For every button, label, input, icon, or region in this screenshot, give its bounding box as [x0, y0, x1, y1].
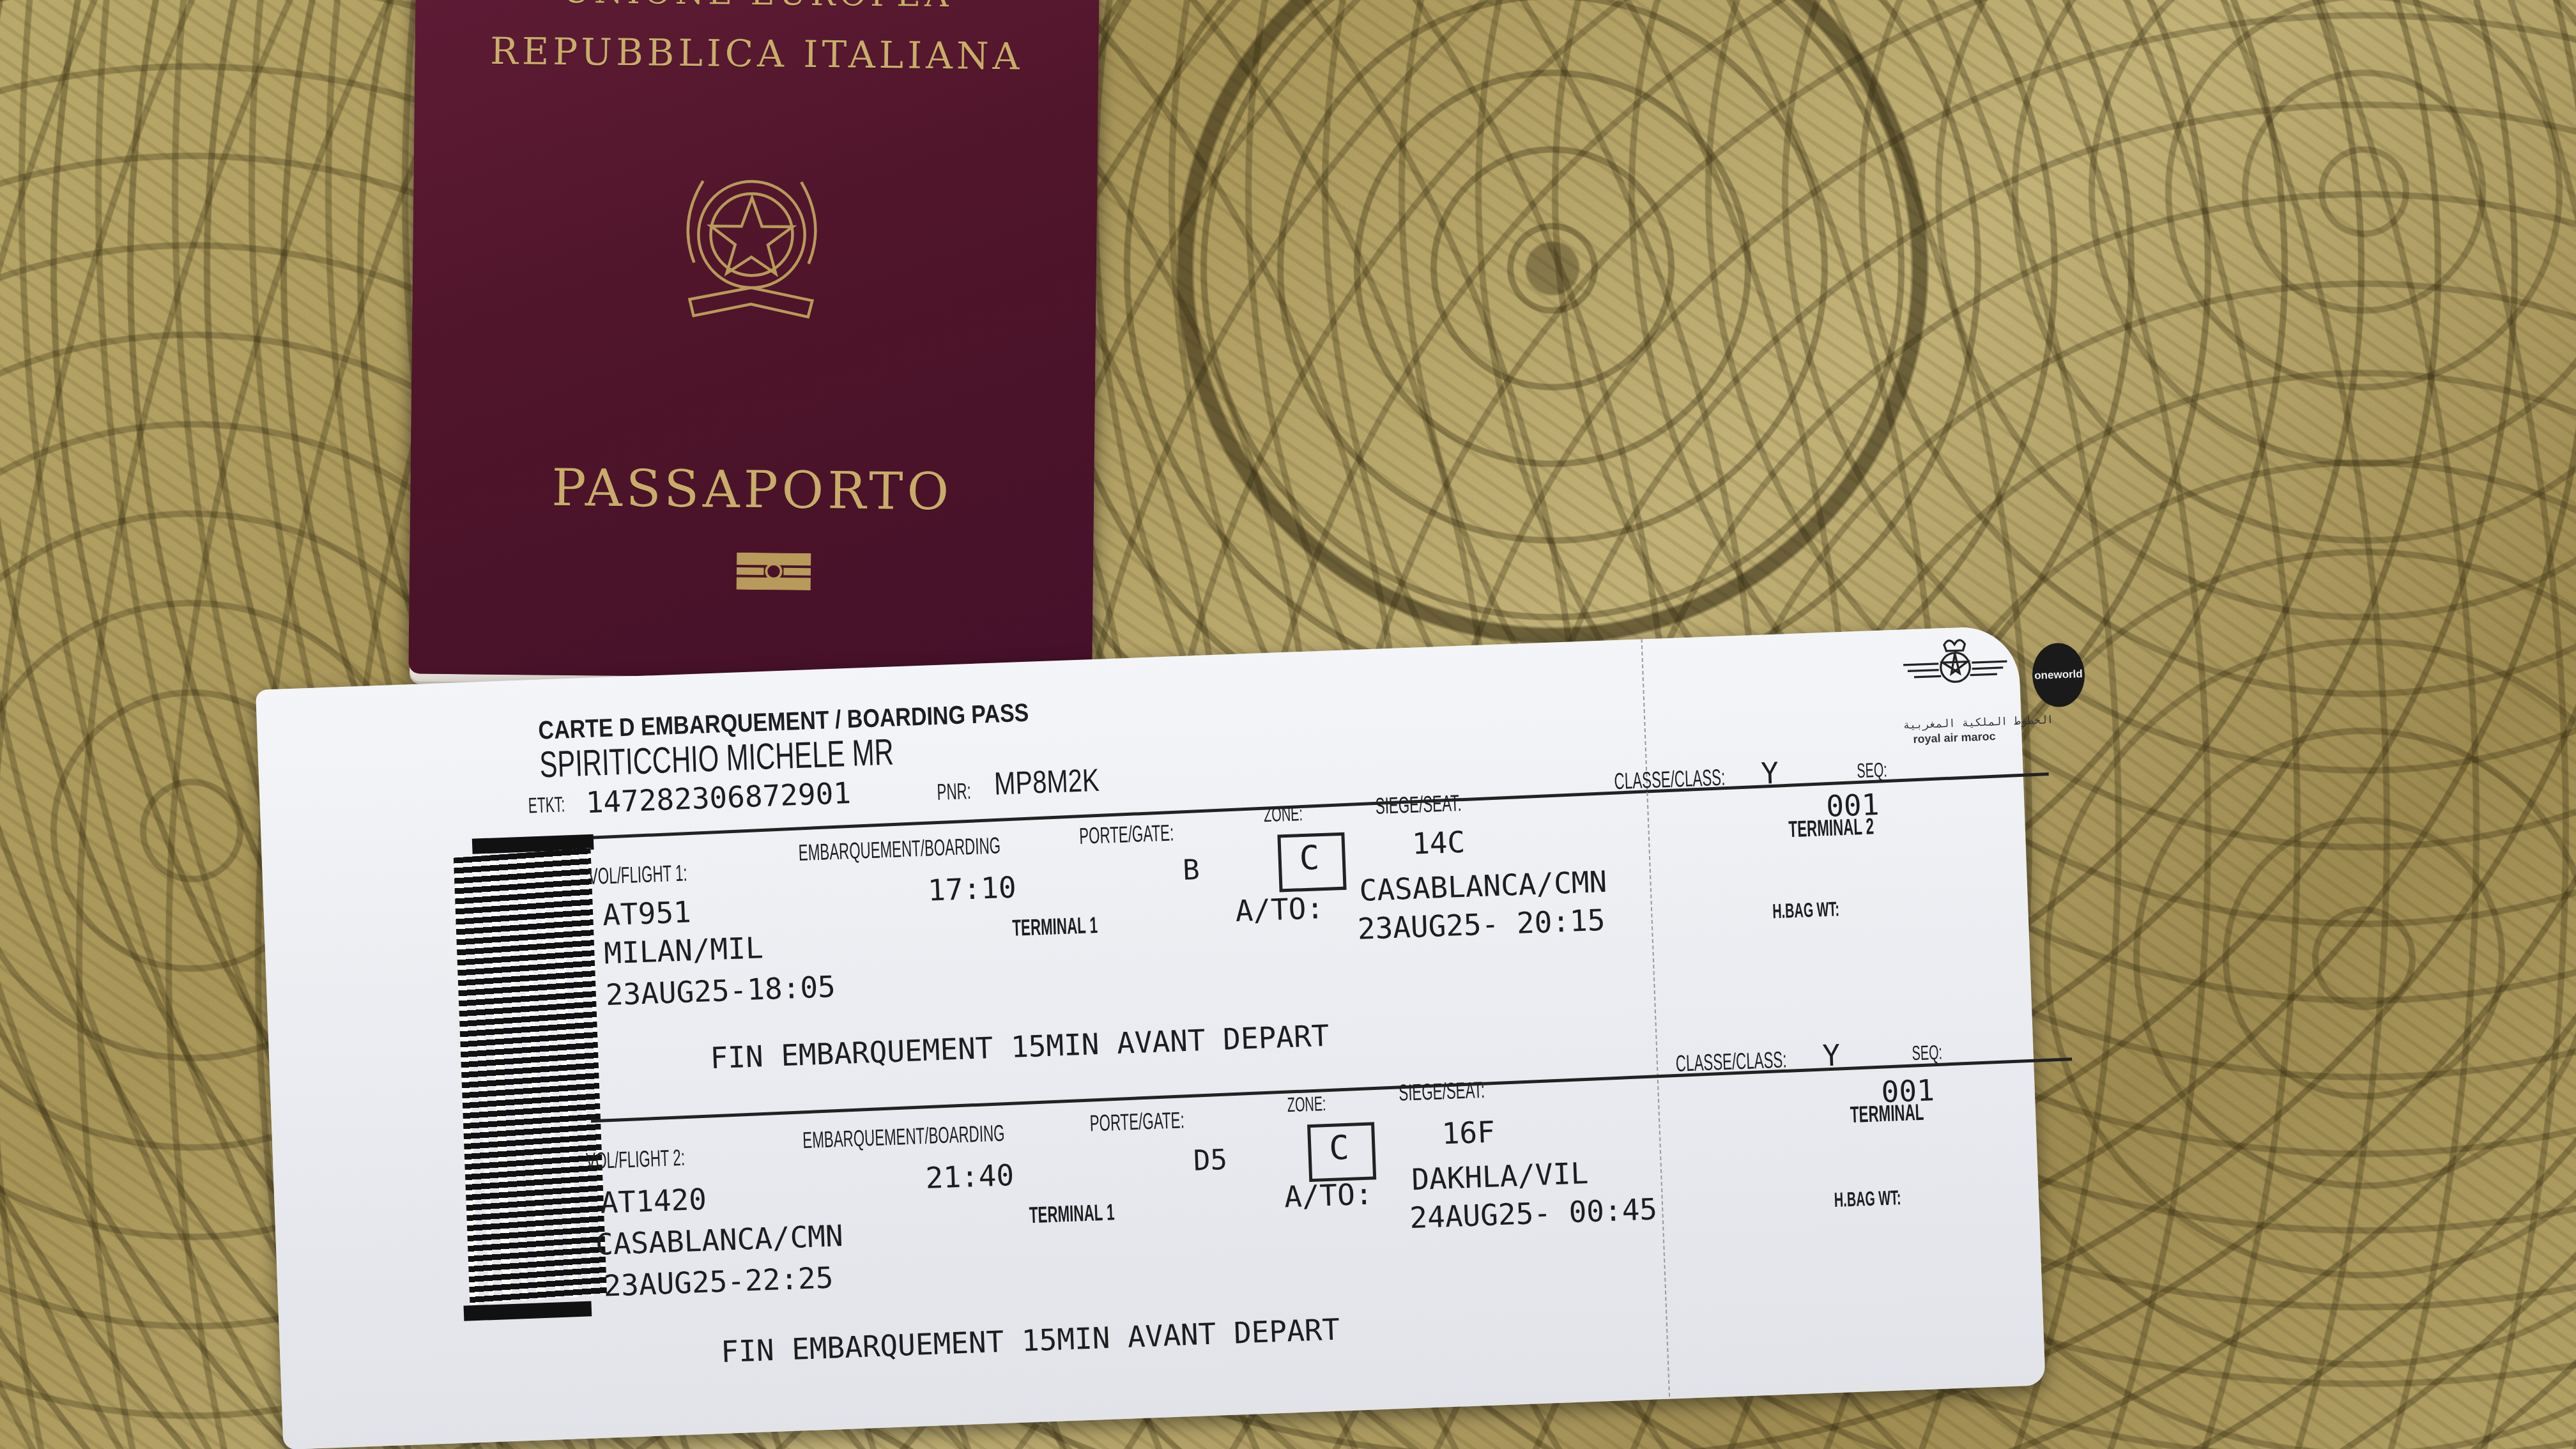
zone-box: C: [1277, 832, 1346, 893]
seat-label: SIEGE/SEAT:: [1375, 790, 1462, 820]
zone-label: ZONE:: [1287, 1092, 1326, 1117]
origin: MILAN/MIL: [603, 930, 763, 970]
zone-value: C: [1299, 839, 1320, 878]
departure-time: 23AUG25-18:05: [605, 969, 836, 1012]
royal-air-maroc-logo-icon: [1890, 632, 2021, 719]
pnr-label: PNR:: [937, 778, 972, 806]
seat-value: 16F: [1441, 1114, 1496, 1151]
zone-label: ZONE:: [1264, 802, 1303, 827]
flight-label: VOL/FLIGHT 2:: [586, 1144, 686, 1175]
seq-label: SEQ:: [1857, 758, 1888, 783]
flight-number: AT951: [602, 894, 691, 932]
destination: DAKHLA/VIL: [1411, 1156, 1589, 1197]
destination: CASABLANCA/CMN: [1359, 864, 1607, 908]
boarding-time: 17:10: [927, 870, 1016, 908]
arrival-time: 24AUG25- 00:45: [1409, 1192, 1658, 1235]
zone-box: C: [1307, 1122, 1376, 1182]
seat-value: 14C: [1411, 825, 1466, 861]
class-value: Y: [1760, 756, 1779, 791]
passport-country-text: REPUBBLICA ITALIANA: [415, 28, 1099, 79]
italian-passport: UNIONE EUROPEA REPUBBLICA ITALIANA PASSA…: [408, 0, 1099, 681]
italian-emblem-icon: [648, 139, 855, 346]
boarding-pass: CARTE D EMBARQUEMENT / BOARDING PASS SPI…: [256, 625, 2046, 1449]
pdf417-barcode: [454, 848, 607, 1305]
to-label: A/TO:: [1235, 891, 1324, 928]
flight-label: VOL/FLIGHT 1:: [588, 859, 687, 890]
to-label: A/TO:: [1284, 1176, 1373, 1214]
gate-label: PORTE/GATE:: [1089, 1107, 1184, 1137]
class-label: CLASSE/CLASS:: [1614, 764, 1726, 795]
biometric-chip-icon: [735, 553, 813, 590]
boarding-time: 21:40: [925, 1158, 1015, 1195]
class-label: CLASSE/CLASS:: [1675, 1046, 1787, 1077]
arrival-terminal: TERMINAL 2: [1788, 813, 1874, 843]
hbag-label: H.BAG WT:: [1772, 897, 1840, 923]
origin: CASABLANCA/CMN: [595, 1218, 843, 1262]
gate-value: D5: [1193, 1144, 1228, 1177]
gate-value: B: [1182, 854, 1200, 887]
pnr-code: MP8M2K: [993, 762, 1100, 802]
boarding-note: FIN EMBARQUEMENT 15MIN AVANT DEPART: [710, 1018, 1330, 1075]
boarding-note: FIN EMBARQUEMENT 15MIN AVANT DEPART: [720, 1312, 1340, 1369]
seq-label: SEQ:: [1912, 1041, 1943, 1066]
class-value: Y: [1822, 1038, 1841, 1073]
hbag-label: H.BAG WT:: [1834, 1186, 1901, 1212]
passport-union-text: UNIONE EUROPEA: [415, 0, 1100, 17]
gate-label: PORTE/GATE:: [1078, 820, 1174, 850]
flight-number: AT1420: [600, 1182, 707, 1220]
passport-title: PASSAPORTO: [410, 456, 1094, 523]
departure-terminal: TERMINAL 1: [1012, 912, 1098, 942]
tear-perforation: [1641, 639, 1671, 1399]
seat-label: SIEGE/SEAT:: [1399, 1077, 1485, 1107]
boarding-label: EMBARQUEMENT/BOARDING: [802, 1120, 1006, 1154]
arrival-time: 23AUG25- 20:15: [1357, 903, 1606, 946]
departure-terminal: TERMINAL 1: [1029, 1199, 1115, 1229]
arrival-terminal: TERMINAL: [1850, 1099, 1924, 1128]
zone-value: C: [1328, 1129, 1349, 1168]
barcode-bottom-bar: [464, 1301, 592, 1321]
boarding-label: EMBARQUEMENT/BOARDING: [798, 832, 1001, 866]
departure-time: 23AUG25-22:25: [603, 1260, 834, 1303]
airline-name: royal air maroc: [1913, 730, 1996, 746]
etkt-label: ETKT:: [528, 792, 565, 818]
